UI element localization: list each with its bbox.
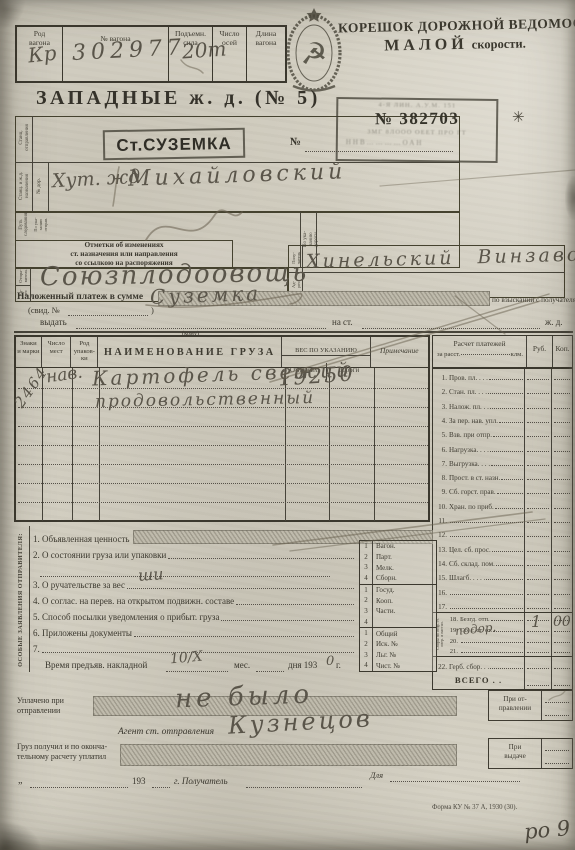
fee-row: 17. — [433, 598, 572, 612]
document-subtitle-strong: МАЛОЙ — [384, 36, 468, 55]
cod-komu-label: (кому) — [182, 330, 199, 337]
fee-label: Пров. пл. . . . — [447, 374, 488, 383]
svg-text:☭: ☭ — [301, 37, 328, 72]
fee-rubles-cell — [524, 555, 551, 569]
fee-rubles-cell — [524, 469, 551, 483]
fee-rubles-cell — [524, 569, 551, 583]
fee-kopecks-cell — [551, 512, 572, 526]
fee-kopecks-cell — [551, 426, 572, 440]
fee-row: 10. Хран. по приб. — [433, 497, 572, 511]
fee-row: 8. Прост. в ст. назн. — [433, 469, 572, 483]
category-number: 4 — [360, 573, 373, 584]
fee-kopecks-cell — [551, 526, 572, 540]
fee-kopecks-cell — [551, 635, 572, 646]
fee-rubles-cell — [524, 583, 551, 597]
category-row: 1 Госуд. — [360, 584, 436, 596]
fee-label: Взв. при отпр. — [447, 431, 492, 440]
form-number-note: Форма КУ № 37 А, 1930 (30). — [432, 804, 517, 811]
rubles-header: Руб. — [526, 336, 552, 367]
fee-kopecks-cell — [551, 483, 572, 497]
category-number: 2 — [360, 595, 373, 606]
fee-row: 4. За пер. нав. упл. — [433, 412, 572, 426]
fee-rubles-cell — [524, 526, 551, 540]
departure-fees-group-label: Сборы по отпр. ст. опер. и настил. — [436, 612, 444, 656]
category-number: 1 — [360, 628, 373, 639]
fee-row: 7. Выгрузка. . . . — [433, 455, 572, 469]
total-row: ВСЕГО . . — [433, 672, 572, 689]
fee-kopecks-cell — [551, 646, 572, 657]
route-label: Путь следования — [19, 211, 30, 238]
kopecks-header: Коп. — [552, 336, 572, 367]
florette-icon: ✳ — [512, 108, 525, 127]
quantity-header: Число мест — [42, 337, 72, 367]
special-statements-header: ОСОБЫЕ ЗАЯВЛЕНИЯ ОТПРАВИТЕЛЯ: — [17, 524, 24, 676]
fee-row: 3. Налож. пл. . . — [433, 397, 572, 411]
statement-7-label: 7. — [33, 644, 40, 654]
fee-rubles-cell — [524, 426, 551, 440]
waybill-scan-page: Род вагона № вагона Подъемн. сила Число … — [0, 0, 575, 850]
fee-label: Налож. пл. . . — [447, 403, 489, 412]
statement-line-5: 5. Способ посылки уведомления о прибыт. … — [33, 612, 356, 622]
category-number: 1 — [360, 541, 373, 552]
fee-label: Шлагб. . . . . — [447, 574, 485, 583]
category-label: Мелк. — [373, 564, 394, 572]
statement-3-handwriting: ши — [137, 564, 164, 585]
category-label: Вагон. — [373, 542, 395, 550]
day-year-label: дня 193 — [288, 660, 317, 670]
recipient-label: г. Получатель — [174, 776, 228, 786]
year-digit-handwriting: 0 — [326, 654, 334, 669]
statement-1-label: 1. Объявленная ценность — [33, 534, 129, 544]
fee-number: 8. — [433, 474, 447, 483]
ussr-emblem-icon: ☭ — [283, 6, 345, 99]
category-label: Льг. № — [373, 651, 396, 659]
category-label: Иск. № — [373, 640, 398, 648]
cod-railway-label: ж. д. — [545, 317, 563, 327]
fee-row: 6. Нагрузка. . . . — [433, 440, 572, 454]
fees-rows: 1. Пров. пл. . . . 2. Стан. пл. . . . 3. — [433, 369, 572, 612]
fee-number: 6. — [433, 446, 447, 455]
category-number: 2 — [360, 552, 373, 563]
month-label: мес. — [234, 660, 250, 670]
statement-5-label: 5. Способ посылки уведомления о прибыт. … — [33, 612, 219, 622]
quote-mark: „ — [18, 775, 22, 786]
stamp-duty-row: 22. Герб. сбор. . . — [433, 657, 572, 672]
departure-station-label: Станц. отправления — [19, 116, 30, 159]
fee-row: 2. Стан. пл. . . . — [433, 383, 572, 397]
railway-title: ЗАПАДНЫЕ ж. д. (№ 5) — [36, 87, 321, 110]
cod-issue-label: выдать — [40, 317, 67, 327]
fee-kopecks-cell — [551, 369, 572, 383]
agent-caption: Агент ст. отправления — [118, 727, 214, 737]
fee-rubles-cell — [524, 657, 551, 672]
fee-number: 11. — [433, 517, 447, 526]
fee-label: Прост. в ст. назн. — [447, 474, 500, 483]
cargo-name-handwriting-line2: продовольственный — [95, 388, 315, 412]
cod-station-label: на ст. — [332, 317, 353, 327]
fees-departure-group: 18. Безгд. отп. 19. Сб. г. ст. от. 20. — [433, 612, 572, 658]
at-issue-label: При выдаче — [489, 739, 541, 768]
fee-rubles-cell — [524, 455, 551, 469]
paid-at-issue-box: При выдаче — [488, 738, 573, 769]
total-rubles-cell — [524, 672, 551, 689]
fee-kopecks-cell — [551, 412, 572, 426]
fee-number: 10. — [433, 503, 447, 512]
year-g-label: г. — [336, 660, 341, 670]
destination-station-label: Станц. и ж.д. назначения — [19, 162, 30, 210]
fee-rubles-cell — [524, 397, 551, 411]
fee-rubles-cell — [524, 369, 551, 383]
category-row: 2 Иск. № — [360, 639, 436, 650]
fee-number: 20. — [444, 638, 458, 646]
category-row: 4 Сборн. — [360, 573, 436, 584]
number-sign-label: № — [290, 136, 301, 148]
fee-number: 4. — [433, 417, 447, 426]
fee-row: 13. Цел. сб. прос. — [433, 540, 572, 554]
fee-number: 2. — [433, 388, 447, 397]
scan-edge-smudge — [565, 176, 575, 220]
fee-row: 21. — [444, 646, 572, 657]
statement-2-label: 2. О состоянии груза или упаковки — [33, 550, 166, 560]
fee-kopecks-cell — [551, 440, 572, 454]
fee-number: 9. — [433, 488, 447, 497]
fee-rubles-cell — [524, 540, 551, 554]
total-label: ВСЕГО . . — [433, 672, 524, 689]
category-number: 3 — [360, 562, 373, 573]
at-issue-values — [541, 739, 572, 768]
stamp-faint-line-2: ЗМГ 8ЛООО ОЕЕТ ПРО ГТ — [338, 128, 496, 137]
fee-row: 16. — [433, 583, 572, 597]
fee-row: 15. Шлагб. . . . . — [433, 569, 572, 583]
fee-label: За пер. нав. упл. — [447, 417, 498, 426]
scan-corner-smudge — [0, 820, 42, 850]
fee-rubles-cell — [524, 440, 551, 454]
total-kopecks-cell — [551, 672, 572, 689]
statement-6-label: 6. Приложены документы — [33, 628, 132, 638]
fee-number: 3. — [433, 403, 447, 412]
fee-kopecks-cell — [551, 657, 572, 672]
fee-row: 1. Пров. пл. . . . — [433, 369, 572, 383]
statement-line-3: 3. О ручательстве за вес — [33, 580, 356, 590]
fee-kopecks-cell — [551, 598, 572, 612]
category-label: Сборн. — [373, 574, 397, 582]
fee-kopecks-cell — [551, 540, 572, 554]
fee-rubles-cell — [524, 483, 551, 497]
fee-kopecks-cell — [551, 469, 572, 483]
fee-kopecks-handwriting: 00 — [553, 614, 571, 630]
year-193-label: 193 — [132, 776, 146, 786]
fee-number: 21. — [444, 648, 458, 656]
category-label: Чист. № — [373, 662, 400, 670]
statement-4-label: 4. О соглас. на перев. на открытом подви… — [33, 596, 234, 606]
fees-header: Расчет платежей за расст. клм. Руб. Коп. — [433, 336, 572, 369]
category-row: 4 Чист. № — [360, 660, 436, 671]
fee-row: 11. — [433, 512, 572, 526]
wagon-length-header: Длина вагона — [247, 27, 285, 81]
road-number-label: № дор. — [36, 163, 42, 209]
fee-row: 9. Сб. горст. прав. — [433, 483, 572, 497]
fee-label: Сб. склад. пом. — [447, 560, 495, 569]
fee-label: Сб. горст. прав. — [447, 488, 496, 497]
fee-row: 5. Взв. при отпр. — [433, 426, 572, 440]
wagon-capacity-handwriting: 20т — [181, 36, 227, 63]
fee-label: Выгрузка. . . . — [447, 460, 490, 469]
received-shaded-field — [120, 744, 457, 766]
category-label: Кооп. — [373, 597, 393, 605]
category-number: 1 — [360, 585, 373, 596]
fee-rubles-cell — [524, 646, 551, 657]
category-row: 1 Вагон. — [360, 541, 436, 552]
fee-label — [458, 655, 460, 656]
fee-row: 14. Сб. склад. пом. — [433, 555, 572, 569]
fees-calc-label: Расчет платежей — [433, 339, 526, 348]
corner-pencil-note: ро 9 — [523, 816, 571, 844]
fee-number: 18. — [444, 616, 458, 624]
paid-at-departure-caption: Уплачено при отправлении — [17, 696, 64, 715]
cod-note: по взыскании с получателя — [492, 295, 575, 304]
fee-rubles-cell — [524, 635, 551, 646]
fee-rubles-handwriting: 1 — [531, 612, 541, 631]
category-row: 3 Льг. № — [360, 650, 436, 661]
fee-kopecks-cell — [551, 397, 572, 411]
fees-table: Расчет платежей за расст. клм. Руб. Коп.… — [432, 335, 573, 690]
category-row: 1 Общий — [360, 627, 436, 639]
marks-header: Знаки и марки — [16, 337, 42, 367]
serial-stamp-box: 4-Я ЛИН. А.У.М. 151 № 382703 ЗМГ 8ЛООО О… — [336, 97, 499, 163]
cod-label: Наложенный платеж в сумме — [17, 292, 143, 302]
fee-kopecks-cell — [551, 569, 572, 583]
statement-line-2: 2. О состоянии груза или упаковки — [33, 550, 356, 560]
fee-number: 1. — [433, 374, 447, 383]
category-number: 3 — [360, 606, 373, 617]
fee-label: Нагрузка. . . . — [447, 446, 489, 455]
waybill-time-label: Время предъяв. накладной — [45, 660, 147, 670]
category-row: 4 — [360, 617, 436, 628]
category-box: 1 Вагон. 2 Парт. 3 Мелк. 4 Сборн. 1 Госу… — [359, 540, 437, 672]
statement-line-6: 6. Приложены документы — [33, 628, 356, 638]
weight-header: ВЕС ПО УКАЗАНИЮ — [282, 345, 369, 356]
waybill-date-handwriting: 10/X — [169, 649, 203, 668]
fee-rubles-cell — [524, 383, 551, 397]
sender-label: Отпра- витель — [18, 268, 28, 284]
dlya-label: Для — [370, 770, 383, 780]
at-departure-label: При от- правлении — [489, 691, 541, 720]
fee-row: 12. — [433, 526, 572, 540]
category-number: 3 — [360, 650, 373, 661]
statement-line-4: 4. О соглас. на перев. на открытом подви… — [33, 596, 356, 606]
fee-label: Хран. по приб. — [447, 503, 494, 512]
category-row: 2 Кооп. — [360, 595, 436, 606]
wagon-type-handwriting: Кр — [27, 41, 58, 68]
fee-kopecks-cell — [551, 455, 572, 469]
fee-rubles-cell — [524, 512, 551, 526]
cod-certificate-label: (свид. № — [28, 305, 60, 315]
category-row: 2 Парт. — [360, 552, 436, 563]
category-label: Общий — [373, 630, 398, 638]
category-label: Госуд. — [373, 586, 395, 594]
departure-station-stamp: Ст.СУЗЕМКА — [103, 128, 246, 160]
fee-kopecks-cell — [551, 383, 572, 397]
fee-label: Цел. сб. прос. — [447, 546, 491, 555]
remark-header: Примечание — [371, 337, 428, 367]
category-number: 4 — [360, 660, 373, 671]
document-subtitle: скорости. — [472, 37, 526, 52]
category-label: Парт. — [373, 553, 392, 561]
fee-label: Стан. пл. . . . — [447, 388, 487, 397]
stamp-faint-line-3: ННВ…………ОАН — [338, 138, 496, 148]
fee-number: 7. — [433, 460, 447, 469]
fees-km-label: клм. — [511, 351, 523, 358]
statement-3-label: 3. О ручательстве за вес — [33, 580, 125, 590]
fees-distance-label: за расст. — [437, 351, 460, 358]
category-number: 4 — [360, 617, 373, 628]
category-number: 2 — [360, 639, 373, 650]
category-row: 3 Части. — [360, 606, 436, 617]
stamp-serial-number: № 382703 — [338, 109, 496, 130]
fee-rubles-cell — [524, 412, 551, 426]
fee-kopecks-cell — [551, 555, 572, 569]
category-row: 3 Мелк. — [360, 562, 436, 573]
sender-address-handwriting: Суземка — [150, 281, 262, 309]
fee-number: 5. — [433, 431, 447, 440]
fee-rubles-cell — [524, 497, 551, 511]
fee-label: Герб. сбор. . . — [447, 663, 489, 672]
category-label: Части. — [373, 607, 395, 615]
route-by-sender-label: По ука- занию отправ. — [34, 211, 49, 238]
fee-kopecks-cell — [551, 497, 572, 511]
at-departure-values — [541, 691, 572, 720]
received-caption: Груз получил и по оконча- тельному расче… — [17, 742, 107, 761]
fee-kopecks-cell — [551, 583, 572, 597]
fee-rubles-cell — [524, 598, 551, 612]
paid-at-departure-box: При от- правлении — [488, 690, 573, 721]
